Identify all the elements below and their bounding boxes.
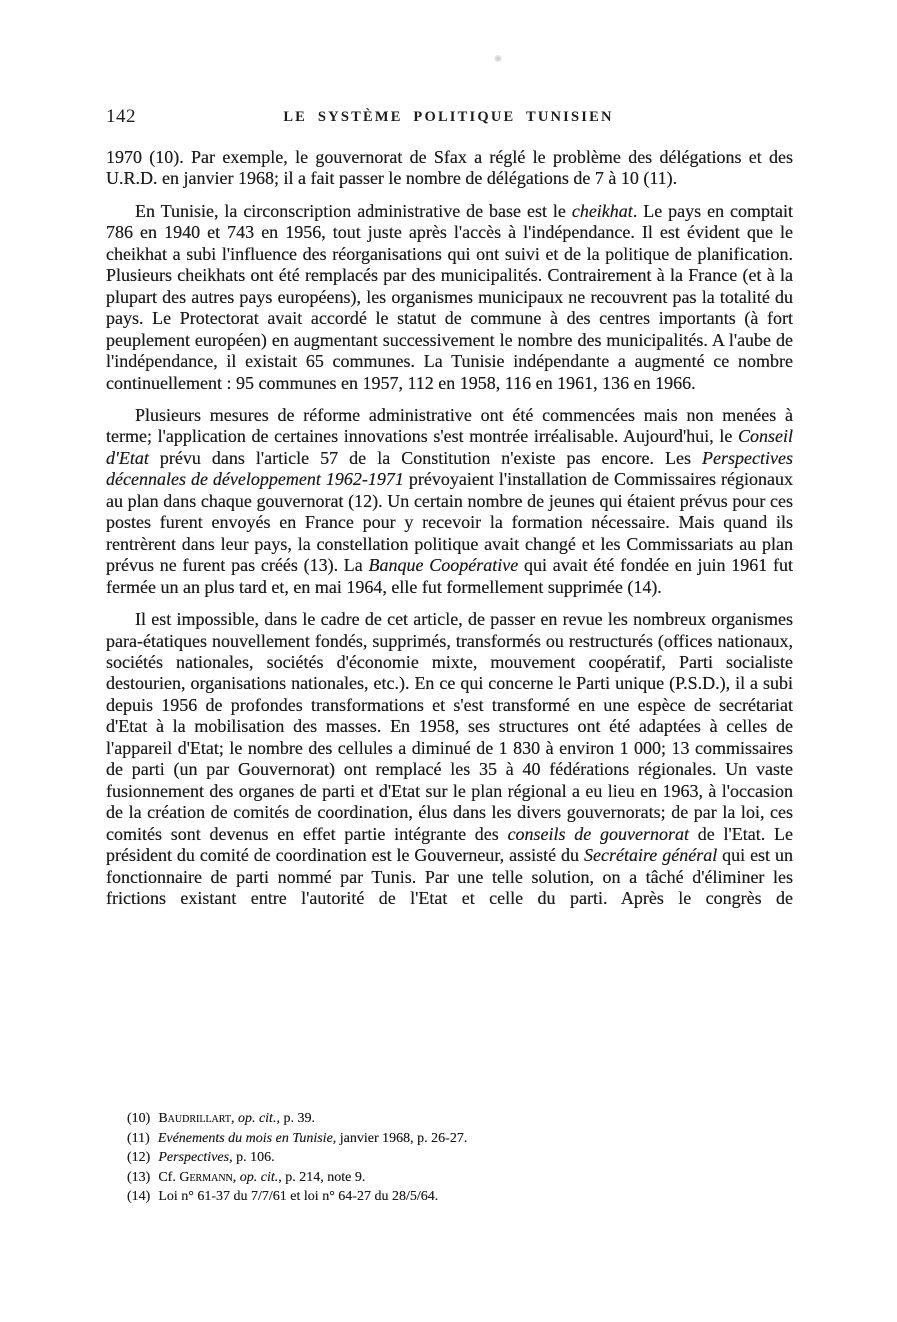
text-segment: , — [231, 1111, 238, 1126]
body-text: 1970 (10). Par exemple, le gouvernorat d… — [106, 147, 793, 909]
text-segment: Cf. — [158, 1170, 179, 1185]
text-segment: En Tunisie, la circonscription administr… — [135, 201, 572, 221]
text-segment: Germann — [179, 1170, 232, 1185]
scanned-book-page: 142 LE SYSTÈME POLITIQUE TUNISIEN 1970 (… — [0, 0, 897, 1322]
text-segment: cheikhat — [572, 201, 633, 221]
text-segment: Loi n° 61-37 du 7/7/61 et loi n° 64-27 d… — [158, 1189, 438, 1204]
text-segment: , p. 39. — [276, 1111, 315, 1126]
text-segment: Banque Coopérative — [369, 555, 519, 575]
text-segment: Secrétaire général — [584, 845, 717, 865]
text-segment: . Le pays en comptait 786 en 1940 et 743… — [106, 201, 793, 393]
text-segment: conseils de gouvernorat — [508, 824, 689, 844]
running-title: LE SYSTÈME POLITIQUE TUNISIEN — [0, 109, 897, 126]
text-segment: Perspectives — [158, 1150, 229, 1165]
text-segment: op. cit. — [240, 1170, 279, 1185]
footnote-number: (14) — [127, 1189, 150, 1204]
text-segment: op. cit. — [238, 1111, 277, 1126]
paragraph: 1970 (10). Par exemple, le gouvernorat d… — [106, 147, 793, 190]
paragraph: En Tunisie, la circonscription administr… — [106, 201, 793, 394]
footnote-number: (10) — [127, 1111, 150, 1126]
text-segment: , janvier 1968, p. 26-27. — [333, 1131, 468, 1146]
scan-speck-artifact — [494, 55, 502, 62]
footnote: (13)Cf. Germann, op. cit., p. 214, note … — [127, 1168, 793, 1188]
footnote: (10)Baudrillart, op. cit., p. 39. — [127, 1109, 793, 1129]
text-segment: , — [233, 1170, 240, 1185]
text-segment: Baudrillart — [158, 1111, 231, 1126]
text-segment: 1970 (10). Par exemple, le gouvernorat d… — [106, 147, 793, 188]
text-segment: , p. 214, note 9. — [278, 1170, 365, 1185]
paragraph: Plusieurs mesures de réforme administrat… — [106, 405, 793, 598]
paragraph: Il est impossible, dans le cadre de cet … — [106, 609, 793, 909]
text-segment: Il est impossible, dans le cadre de cet … — [106, 609, 793, 844]
text-segment: Plusieurs mesures de réforme administrat… — [106, 405, 793, 446]
footnote-number: (13) — [127, 1170, 150, 1185]
text-segment: prévu dans l'article 57 de la Constituti… — [149, 448, 702, 468]
text-segment: , p. 106. — [229, 1150, 275, 1165]
footnote: (12)Perspectives, p. 106. — [127, 1148, 793, 1168]
footnote: (11)Evénements du mois en Tunisie, janvi… — [127, 1129, 793, 1149]
footnote-number: (12) — [127, 1150, 150, 1165]
text-segment: Evénements du mois en Tunisie — [158, 1131, 333, 1146]
footnotes-list: (10)Baudrillart, op. cit., p. 39.(11)Evé… — [127, 1109, 793, 1207]
footnote: (14)Loi n° 61-37 du 7/7/61 et loi n° 64-… — [127, 1187, 793, 1207]
footnote-number: (11) — [127, 1131, 150, 1146]
